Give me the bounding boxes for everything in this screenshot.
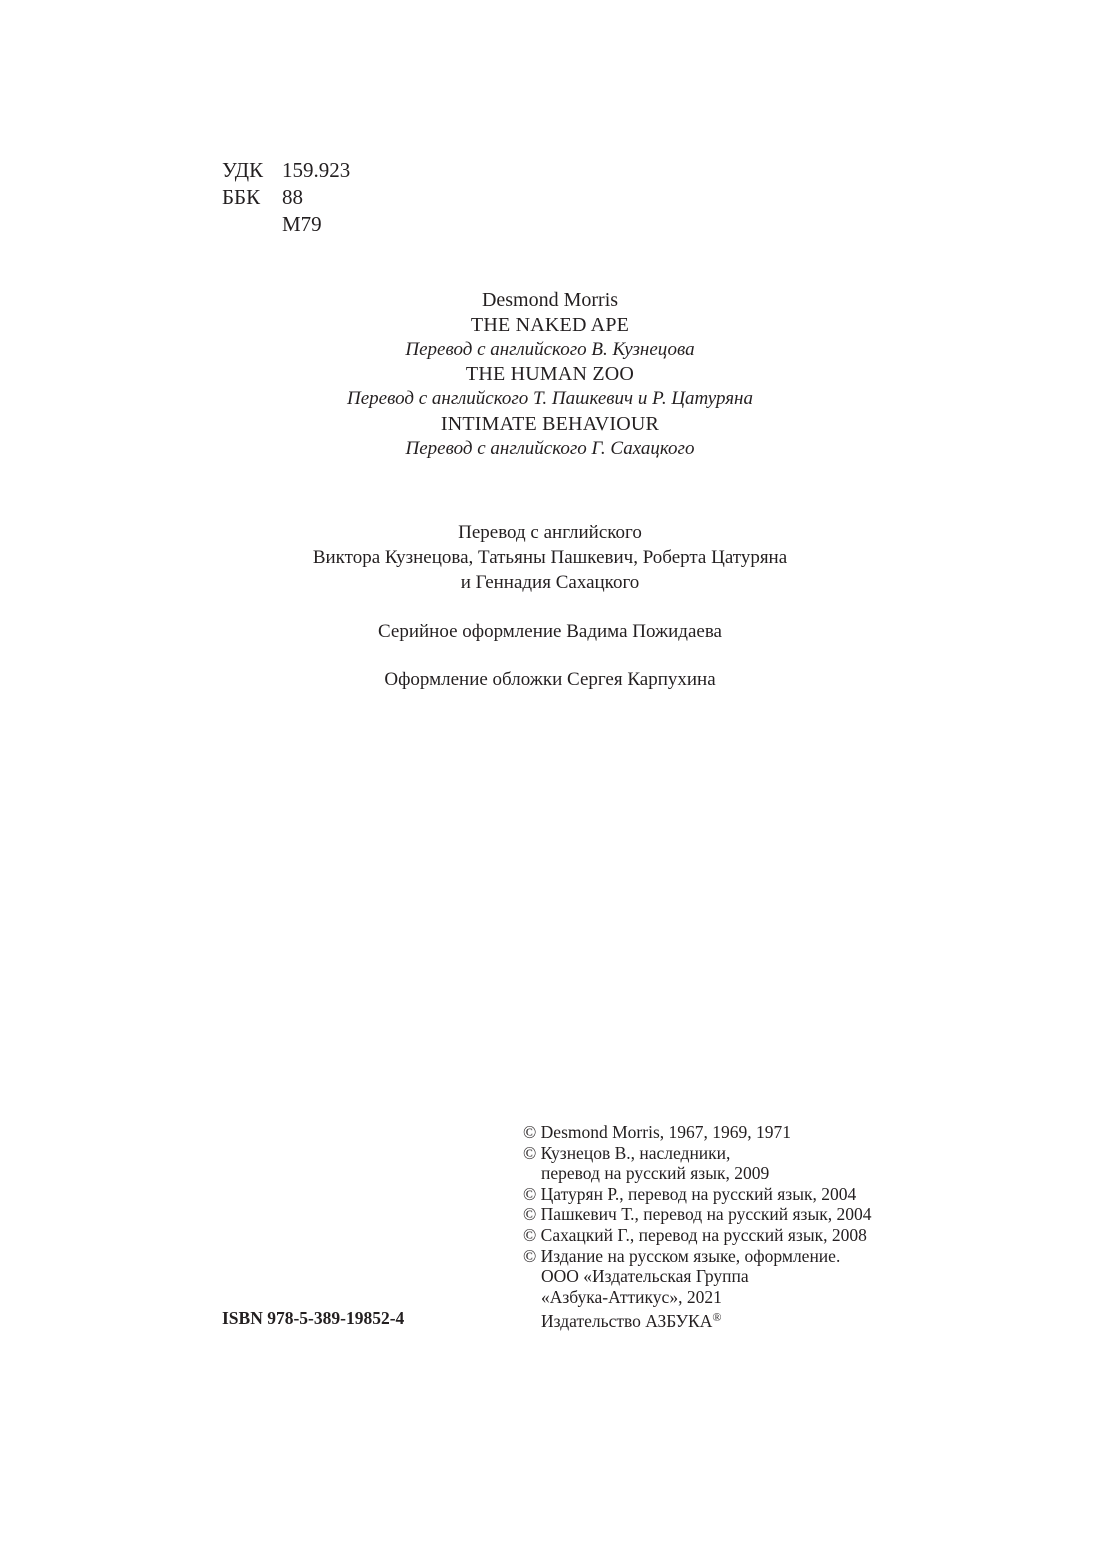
author-name: Desmond Morris [0, 288, 1100, 313]
copyright-entry-tsaturyan: © Цатурян Р., перевод на русский язык, 2… [523, 1184, 871, 1205]
author-mark: М79 [282, 211, 322, 238]
translators-line-2: Виктора Кузнецова, Татьяны Пашкевич, Роб… [0, 545, 1100, 570]
bbk-value: 88 [282, 184, 303, 211]
book3-title: INTIMATE BEHAVIOUR [0, 412, 1100, 437]
original-titles-block: Desmond Morris THE NAKED APE Перевод с а… [0, 288, 1100, 462]
translators-line-3: и Геннадия Сахацкого [0, 570, 1100, 595]
bbk-label: ББК [222, 184, 282, 211]
publisher-imprint-name: Издательство АЗБУКА [541, 1311, 712, 1331]
copyright-entry-edition: © Издание на русском языке, оформление. [523, 1246, 871, 1267]
copyright-entry-sakhatsky: © Сахацкий Г., перевод на русский язык, … [523, 1225, 871, 1246]
copyright-entry-kuznetsov: © Кузнецов В., наследники, [523, 1143, 871, 1164]
copyright-entry-publisher-line-1: ООО «Издательская Группа [523, 1266, 871, 1287]
copyright-entry-publisher-line-2: «Азбука-Аттикус», 2021 [523, 1287, 871, 1308]
copyright-entry-author: © Desmond Morris, 1967, 1969, 1971 [523, 1122, 871, 1143]
registered-trademark-icon: ® [712, 1310, 721, 1324]
isbn: ISBN 978-5-389-19852-4 [222, 1308, 404, 1328]
author-mark-row: М79 [222, 211, 350, 238]
classification-block: УДК 159.923 ББК 88 М79 [222, 157, 350, 238]
copyright-entry-kuznetsov-cont: перевод на русский язык, 2009 [523, 1163, 871, 1184]
cover-design-credit: Оформление обложки Сергея Карпухина [0, 667, 1100, 692]
udk-row: УДК 159.923 [222, 157, 350, 184]
book2-translation: Перевод с английского Т. Пашкевич и Р. Ц… [0, 387, 1100, 412]
book3-translation: Перевод с английского Г. Сахацкого [0, 437, 1100, 462]
copyright-entry-publisher-line-3: Издательство АЗБУКА® [523, 1307, 871, 1332]
book-imprint-page: УДК 159.923 ББК 88 М79 Desmond Morris TH… [0, 0, 1100, 1551]
copyright-entry-pashkevich: © Пашкевич Т., перевод на русский язык, … [523, 1204, 871, 1225]
translators-block: Перевод с английского Виктора Кузнецова,… [0, 520, 1100, 595]
udk-value: 159.923 [282, 157, 350, 184]
book2-title: THE HUMAN ZOO [0, 362, 1100, 387]
series-design-credit: Серийное оформление Вадима Пожидаева [0, 619, 1100, 644]
book1-title: THE NAKED APE [0, 313, 1100, 338]
copyright-block: © Desmond Morris, 1967, 1969, 1971 © Куз… [523, 1122, 871, 1332]
book1-translation: Перевод с английского В. Кузнецова [0, 338, 1100, 363]
translators-line-1: Перевод с английского [0, 520, 1100, 545]
udk-label: УДК [222, 157, 282, 184]
bbk-row: ББК 88 [222, 184, 350, 211]
